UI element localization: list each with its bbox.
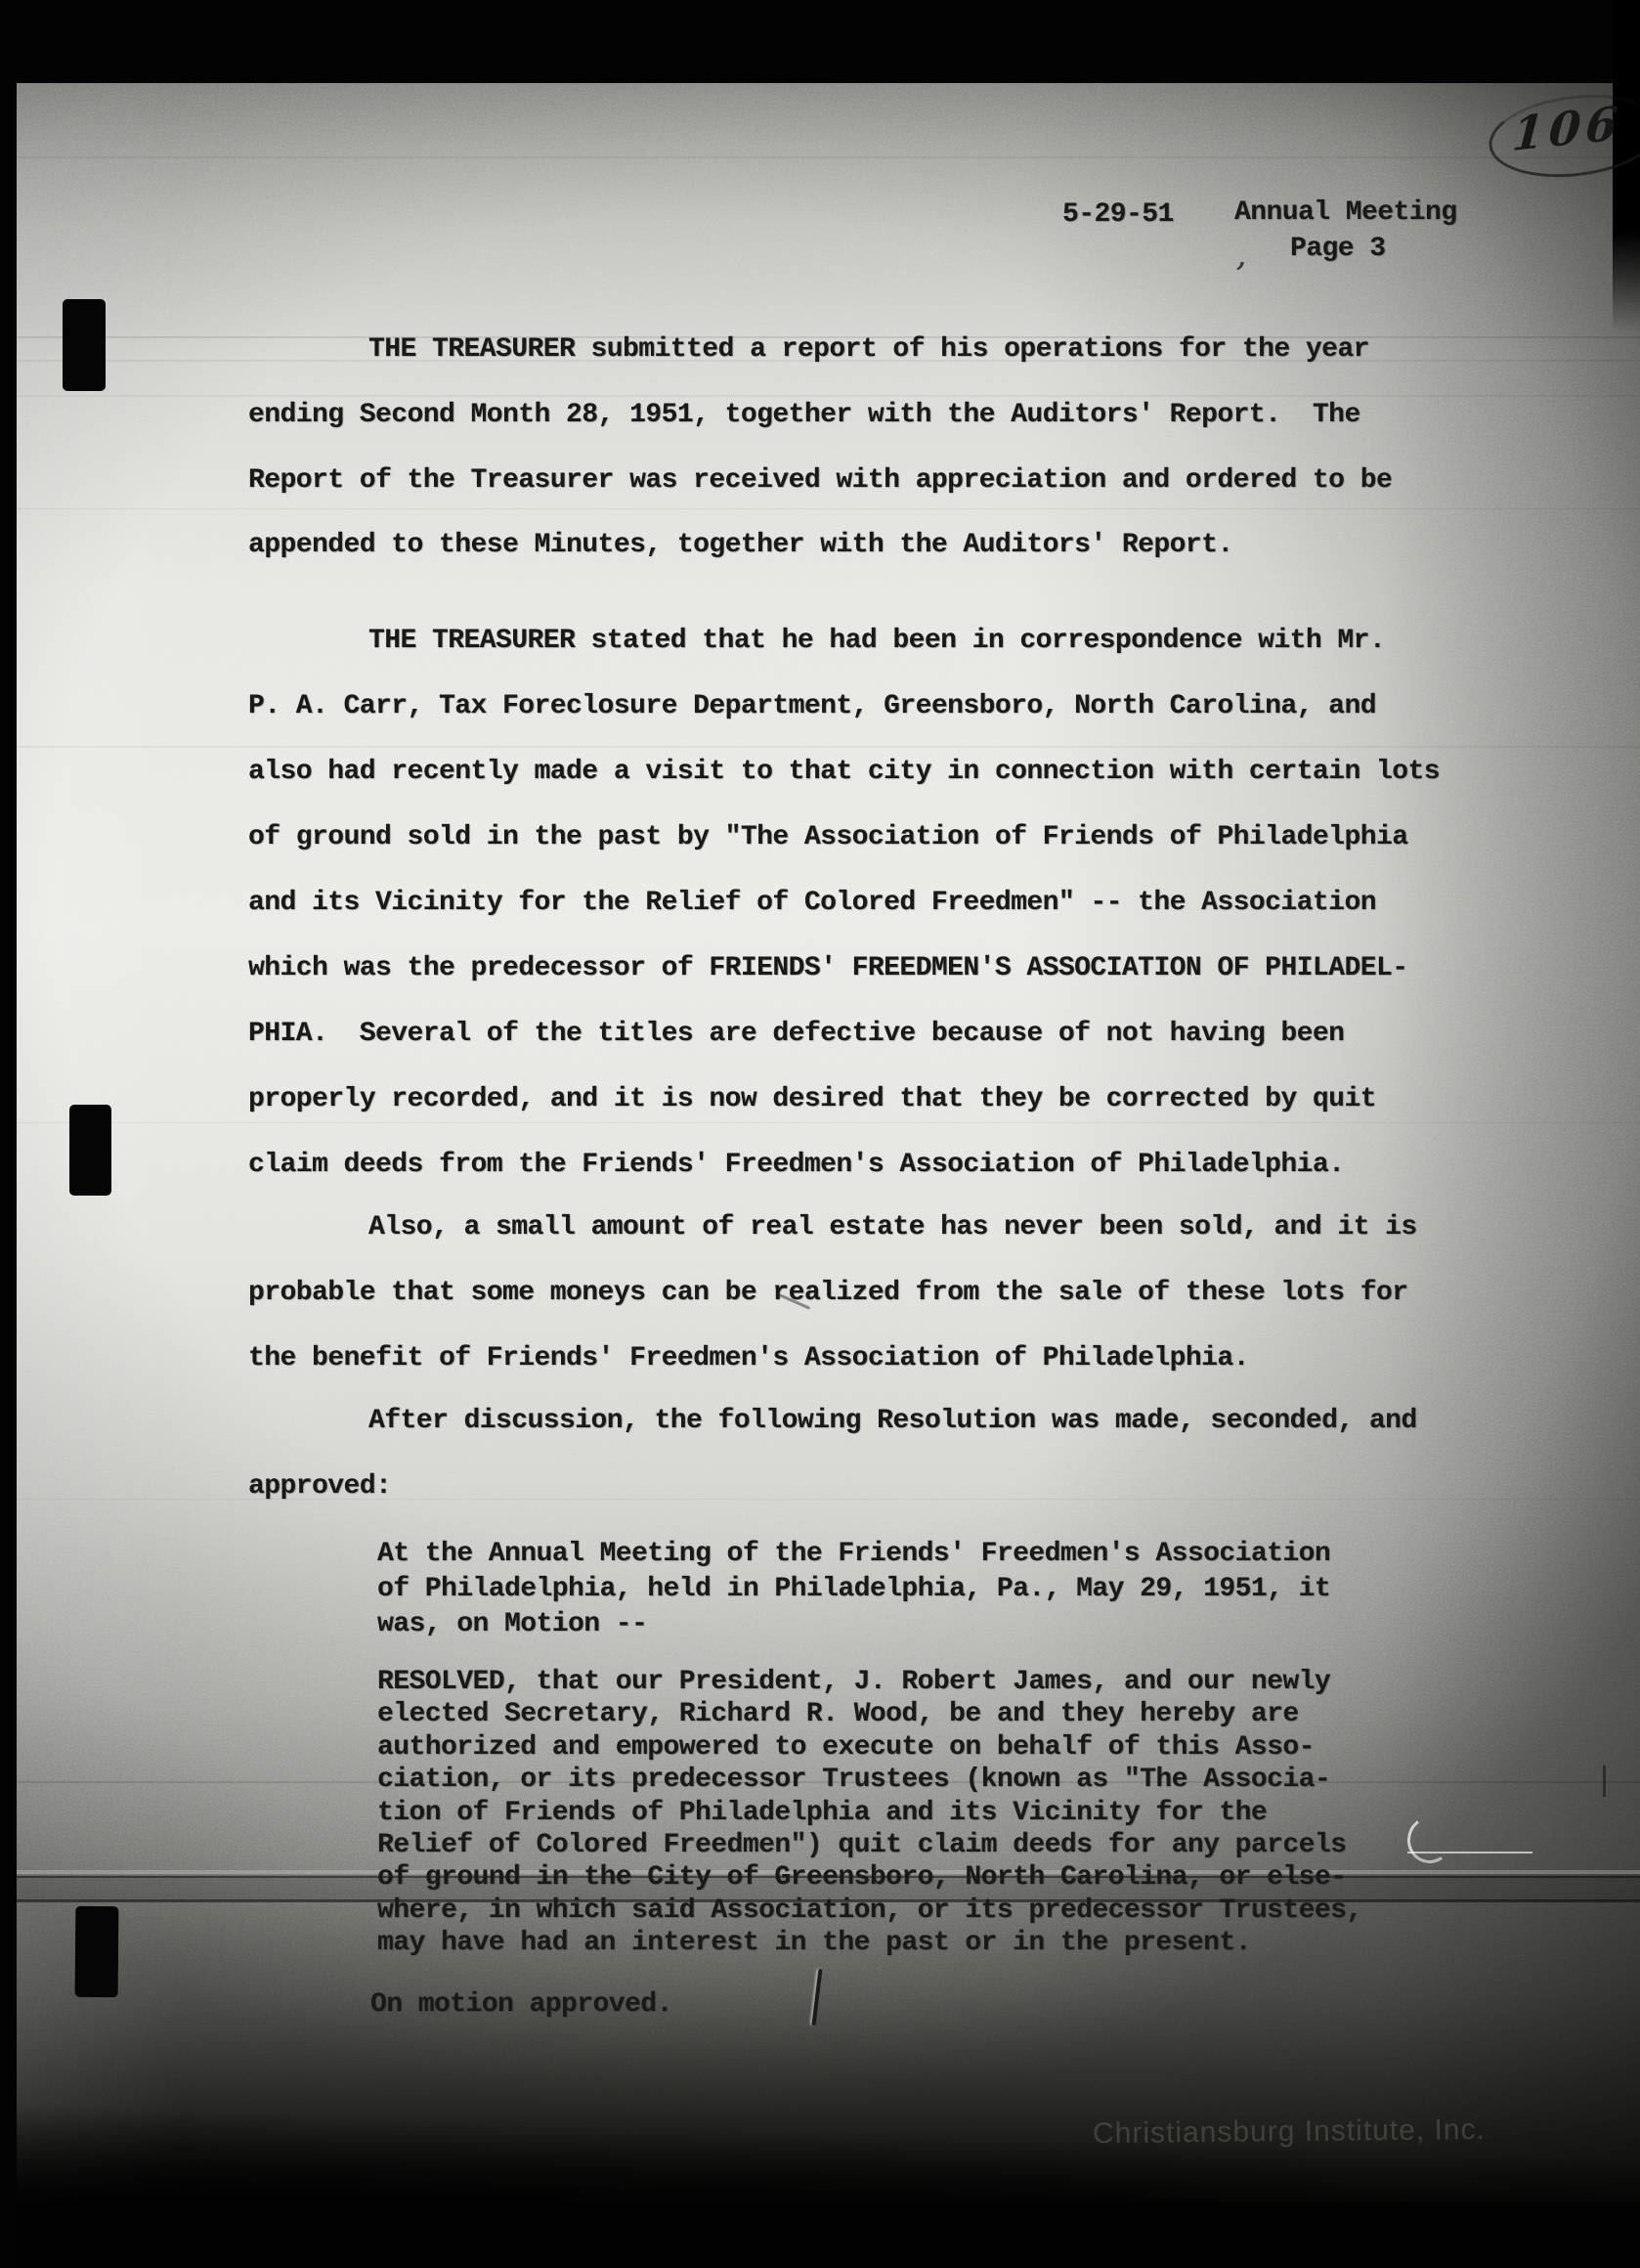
typed-line: At the Annual Meeting of the Friends' Fr… — [377, 1537, 1452, 1572]
typed-line: where, in which said Association, or its… — [377, 1895, 1452, 1927]
black-mark — [69, 1105, 111, 1196]
black-mark — [75, 1906, 119, 1997]
typed-line: P. A. Carr, Tax Foreclosure Department, … — [248, 674, 1519, 739]
resolution-preamble: At the Annual Meeting of the Friends' Fr… — [377, 1537, 1452, 1641]
typed-line: properly recorded, and it is now desired… — [248, 1067, 1519, 1132]
pen-tick-mark — [1603, 1766, 1606, 1797]
scanned-document-page: 106 5-29-51 Annual Meeting Page 3 , THE … — [0, 0, 1640, 2268]
film-border-top — [0, 0, 1640, 83]
resolution-text: RESOLVED, that our President, J. Robert … — [377, 1666, 1452, 1960]
film-border-left — [0, 0, 17, 2268]
paragraph-real-estate: Also, a small amount of real estate has … — [248, 1195, 1519, 1391]
typed-line: the benefit of Friends' Freedmen's Assoc… — [248, 1326, 1519, 1391]
header-date: 5-29-51 — [1062, 200, 1174, 230]
typed-line: was, on Motion -- — [377, 1607, 1452, 1642]
archive-watermark: Christiansburg Institute, Inc. — [1093, 2114, 1486, 2151]
typed-line: claim deeds from the Friends' Freedmen's… — [248, 1132, 1519, 1198]
header-title: Annual Meeting — [1234, 198, 1457, 228]
paragraph-treasurer-correspondence: THE TREASURER stated that he had been in… — [248, 608, 1519, 1198]
black-mark — [63, 299, 106, 391]
typed-line: which was the predecessor of FRIENDS' FR… — [248, 936, 1519, 1001]
typed-line: of ground sold in the past by "The Assoc… — [248, 805, 1519, 870]
typed-line: ending Second Month 28, 1951, together w… — [248, 383, 1519, 449]
paragraph-after-discussion: After discussion, the following Resoluti… — [248, 1388, 1519, 1519]
typed-line: of Philadelphia, held in Philadelphia, P… — [377, 1572, 1452, 1607]
typed-line: may have had an interest in the past or … — [377, 1927, 1452, 1959]
typed-line: of ground in the City of Greensboro, Nor… — [377, 1861, 1452, 1894]
typed-line: THE TREASURER submitted a report of his … — [248, 318, 1519, 383]
typed-line: Report of the Treasurer was received wit… — [248, 449, 1519, 514]
scratch-line — [1407, 1852, 1532, 1854]
typed-line: ciation, or its predecessor Trustees (kn… — [377, 1764, 1452, 1796]
typed-line: authorized and empowered to execute on b… — [377, 1731, 1452, 1764]
closing-line: On motion approved. — [370, 1990, 672, 2020]
film-border-bottom — [0, 2202, 1640, 2268]
header-page-label: Page 3 — [1290, 235, 1386, 264]
typed-line: approved: — [248, 1454, 1519, 1519]
typed-line: Also, a small amount of real estate has … — [248, 1195, 1519, 1260]
typed-line: also had recently made a visit to that c… — [248, 739, 1519, 805]
typed-line: PHIA. Several of the titles are defectiv… — [248, 1001, 1519, 1067]
typed-line: RESOLVED, that our President, J. Robert … — [377, 1666, 1452, 1698]
typed-line: tion of Friends of Philadelphia and its … — [377, 1797, 1452, 1829]
typed-line: After discussion, the following Resoluti… — [248, 1388, 1519, 1454]
typed-line: probable that some moneys can be realize… — [248, 1260, 1519, 1326]
typed-line: and its Vicinity for the Relief of Color… — [248, 870, 1519, 936]
typed-line: elected Secretary, Richard R. Wood, be a… — [377, 1698, 1452, 1730]
typed-line: THE TREASURER stated that he had been in… — [248, 608, 1519, 674]
typed-line: Relief of Colored Freedmen") quit claim … — [377, 1829, 1452, 1861]
paragraph-treasurer-report: THE TREASURER submitted a report of his … — [248, 318, 1519, 579]
typed-line: appended to these Minutes, together with… — [248, 513, 1519, 579]
